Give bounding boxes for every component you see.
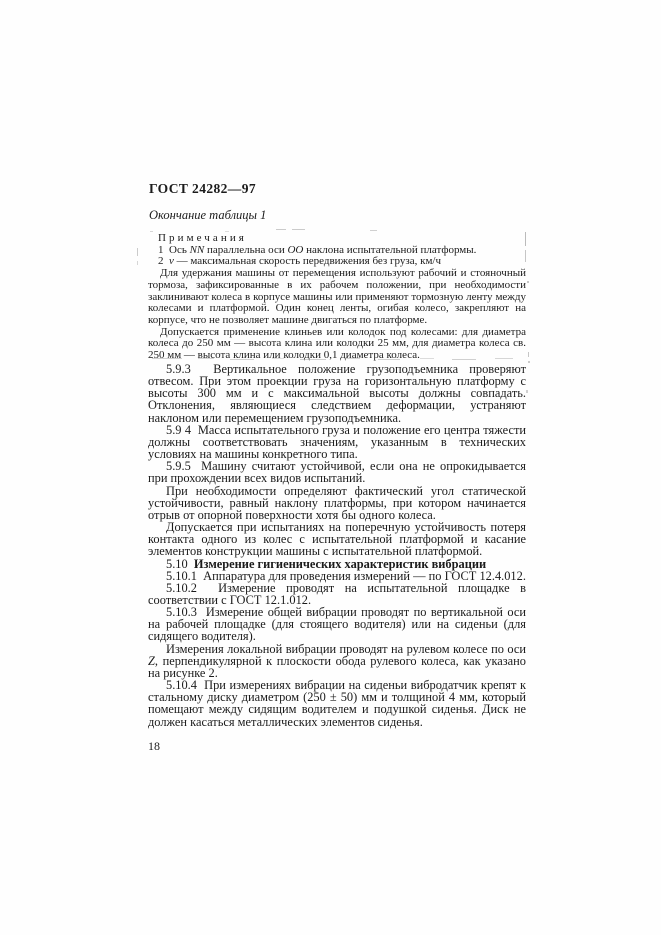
notes-items: 1 Ось NN параллельна оси ОО наклона испы… [148, 245, 526, 268]
paragraph: 5.9.3 Вертикальное положение грузоподъем… [148, 363, 526, 424]
paragraph: Для удержания машины от перемещения испо… [148, 268, 526, 327]
paragraph: 5.9 4 Масса испытательного груза и полож… [148, 424, 526, 460]
scan-artifact [300, 359, 326, 360]
doc-header: ГОСТ 24282—97 [149, 181, 256, 197]
scan-artifact [420, 358, 434, 359]
scan-artifact [152, 358, 182, 359]
scan-artifact [452, 359, 476, 360]
scan-artifact [528, 352, 529, 357]
table-caption: Окончание таблицы 1 [149, 208, 266, 223]
scan-artifact [528, 361, 530, 363]
scan-artifact [525, 250, 526, 262]
paragraph: 5.10.2 Измерение проводят на испытательн… [148, 582, 526, 606]
scan-artifact [378, 359, 400, 360]
body-text: 5.9.3 Вертикальное положение грузоподъем… [148, 363, 526, 728]
scan-artifact [527, 281, 529, 283]
scan-artifact [272, 358, 284, 359]
scan-artifact [137, 261, 138, 265]
paragraph: При необходимости определяют фактический… [148, 485, 526, 521]
paragraph: 5.10.3 Измерение общей вибрации проводят… [148, 606, 526, 642]
notes-paragraphs: Для удержания машины от перемещения испо… [148, 268, 526, 362]
paragraph: Допускается применение клиньев или колод… [148, 327, 526, 362]
scan-artifact [230, 359, 254, 360]
scan-artifact [345, 358, 360, 359]
scan-artifact [525, 232, 526, 246]
scan-artifact [495, 358, 513, 359]
scan-artifact [276, 229, 286, 230]
notes-block: Примечания 1 Ось NN параллельна оси ОО н… [148, 233, 526, 362]
paragraph: 5.9.5 Машину считают устойчивой, если он… [148, 460, 526, 484]
scan-artifact [198, 358, 214, 359]
document-page: ГОСТ 24282—97 Окончание таблицы 1 Примеч… [0, 0, 661, 935]
page-number: 18 [148, 739, 160, 754]
scan-artifact [292, 229, 305, 230]
scan-artifact [526, 390, 528, 393]
paragraph: 5.10.4 При измерениях вибрации на сидень… [148, 679, 526, 728]
paragraph: Допускается при испытаниях на поперечную… [148, 521, 526, 557]
scan-artifact [225, 231, 229, 232]
paragraph: Измерения локальной вибрации проводят на… [148, 643, 526, 679]
scan-artifact [137, 248, 138, 256]
scan-artifact [150, 231, 153, 232]
scan-artifact [370, 230, 377, 231]
